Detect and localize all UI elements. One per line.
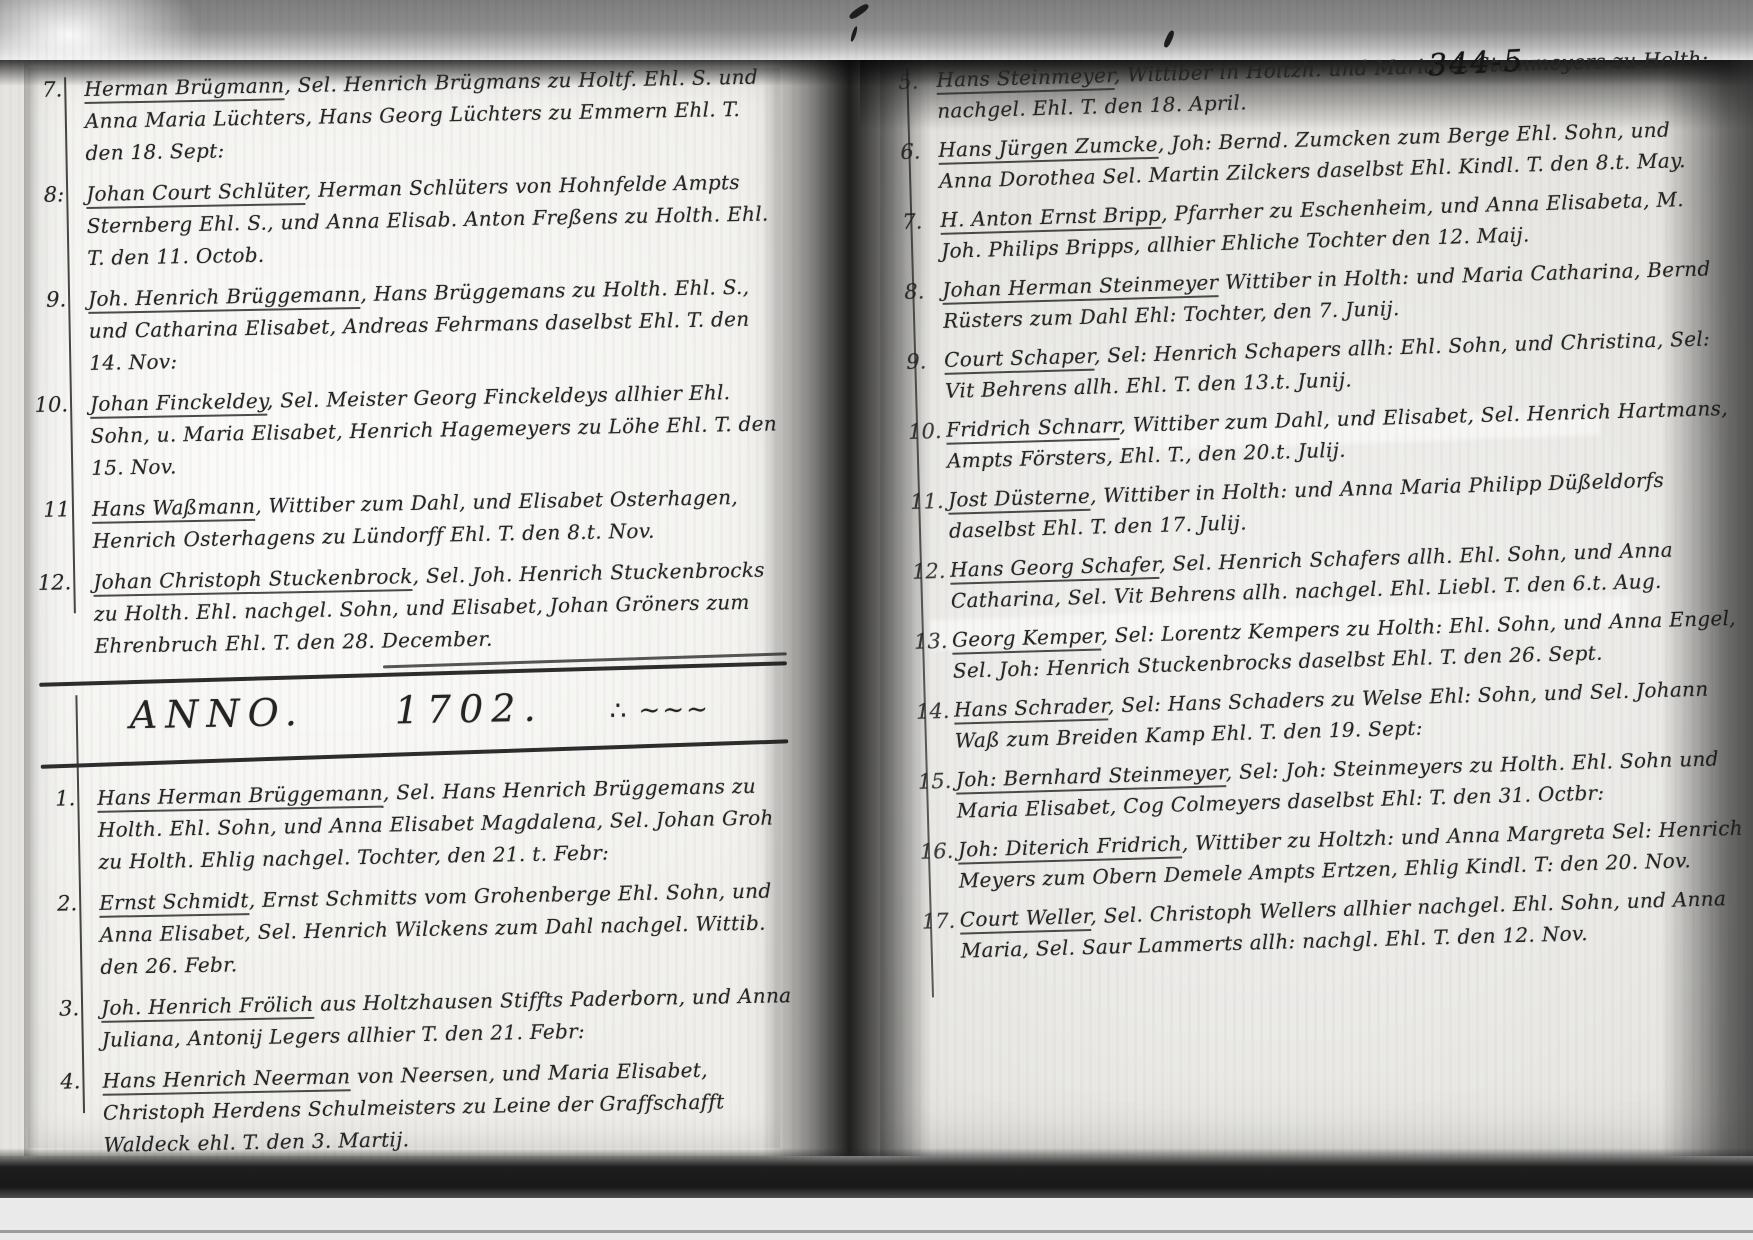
register-entry: 9.Court Schaper, Sel: Henrich Schapers a…	[906, 323, 1735, 408]
register-entry: 8.Johan Herman Steinmeyer Wittiber in Ho…	[904, 253, 1733, 338]
groom-name: Ernst Schmidt	[99, 888, 249, 918]
register-entry: 10.Fridrich Schnarr, Wittiber zum Dahl, …	[908, 393, 1737, 478]
left-edge-streak	[24, 60, 38, 1156]
groom-name: Joh: Bernhard Steinmeyer	[956, 760, 1227, 795]
register-entry: 9.Joh. Henrich Brüggemann, Hans Brüggema…	[32, 270, 782, 380]
entry-text: Hans Jürgen Zumcke, Joh: Bernd. Zumcken …	[926, 113, 1729, 197]
scanner-bottom-line	[0, 1230, 1753, 1233]
entry-text: Johan Herman Steinmeyer Wittiber in Holt…	[930, 253, 1733, 337]
heading-rule	[41, 739, 789, 768]
register-entry: 12.Johan Christoph Stuckenbrock, Sel. Jo…	[37, 553, 787, 663]
register-entry: 13.Georg Kemper, Sel: Lorentz Kempers zu…	[914, 603, 1743, 688]
register-entry: 11.Jost Düsterne, Wittiber in Holth: und…	[910, 463, 1739, 548]
register-entry: 15.Joh: Bernhard Steinmeyer, Sel: Joh: S…	[918, 743, 1747, 828]
groom-name: H. Anton Ernst Bripp	[940, 202, 1161, 235]
groom-name: Joh: Diterich Fridrich	[958, 831, 1183, 864]
entries-right-page: 5.Hans Steinmeyer, Wittiber in Holtzh. u…	[898, 43, 1751, 968]
groom-name: Johan Christoph Stuckenbrock	[93, 564, 413, 597]
register-entry: 1.Hans Herman Brüggemann, Sel. Hans Henr…	[41, 769, 791, 879]
entries-1702: 1.Hans Herman Brüggemann, Sel. Hans Henr…	[41, 769, 796, 1162]
groom-name: Joh. Henrich Brüggemann	[88, 282, 361, 314]
groom-name: Hans Steinmeyer	[936, 63, 1114, 95]
register-entry: 10.Johan Finckeldey, Sel. Meister Georg …	[34, 375, 784, 485]
entry-text: Hans Herman Brüggemann, Sel. Hans Henric…	[85, 769, 791, 878]
entry-text: Johan Christoph Stuckenbrock, Sel. Joh. …	[81, 553, 787, 662]
groom-name: Johan Herman Steinmeyer	[942, 270, 1219, 305]
entry-text: Court Weller, Sel. Christoph Wellers all…	[947, 883, 1750, 967]
register-entry: 16.Joh: Diterich Fridrich, Wittiber zu H…	[919, 813, 1748, 898]
groom-name: Fridrich Schnarr	[946, 413, 1120, 445]
register-scan: 7.Herman Brügmann, Sel. Henrich Brügmans…	[0, 0, 1753, 1240]
year-heading-word: ANNO.	[129, 690, 305, 737]
entry-text: Hans Waßmann, Wittiber zum Dahl, und Eli…	[80, 480, 785, 557]
register-entry: 12.Hans Georg Schafer, Sel. Henrich Scha…	[912, 533, 1741, 618]
groom-name: Jost Düsterne	[948, 484, 1091, 515]
entry-text: Hans Georg Schafer, Sel. Henrich Schafer…	[938, 533, 1741, 617]
year-heading-value: 1702.	[394, 686, 544, 733]
groom-name: Herman Brügmann	[84, 73, 285, 104]
entries-1701: 7.Herman Brügmann, Sel. Henrich Brügmans…	[28, 60, 787, 663]
flourish-mark: ∴ ∼∼∼	[609, 695, 710, 727]
year-heading-block: ANNO. 1702. ∴ ∼∼∼	[39, 659, 789, 769]
register-entry: 2.Ernst Schmidt, Ernst Schmitts vom Groh…	[43, 874, 793, 984]
groom-name: Court Weller	[960, 904, 1091, 935]
groom-name: Hans Herman Brüggemann	[97, 781, 383, 813]
entry-number: 12.	[37, 566, 83, 663]
register-entry: 14.Hans Schrader, Sel: Hans Schaders zu …	[916, 673, 1745, 758]
year-heading: ANNO. 1702. ∴ ∼∼∼	[129, 683, 710, 738]
groom-name: Hans Jürgen Zumcke	[938, 132, 1158, 165]
entry-text: Johan Court Schlüter, Herman Schlüters v…	[74, 165, 780, 274]
scanner-bottom-band	[0, 1198, 1753, 1240]
register-entry: 4.Hans Henrich Neerman von Neersen, und …	[46, 1052, 796, 1162]
entry-text: Fridrich Schnarr, Wittiber zum Dahl, und…	[934, 393, 1737, 477]
groom-name: Hans Georg Schafer	[950, 552, 1160, 585]
entry-text: Ernst Schmidt, Ernst Schmitts vom Grohen…	[87, 874, 793, 983]
entry-text: Jost Düsterne, Wittiber in Holth: und An…	[936, 463, 1739, 547]
entry-text: Hans Henrich Neerman von Neersen, und Ma…	[90, 1052, 796, 1161]
entry-text: Joh. Henrich Brüggemann, Hans Brüggemans…	[76, 270, 782, 379]
page-number: 344-5	[1427, 43, 1525, 83]
groom-name: Joh. Henrich Frölich	[101, 992, 314, 1023]
entry-text: Joh. Henrich Frölich aus Holtzhausen Sti…	[89, 979, 794, 1056]
left-page-content: 7.Herman Brügmann, Sel. Henrich Brügmans…	[28, 60, 796, 1171]
right-edge-shadow	[1660, 60, 1753, 1156]
book-bottom-edge	[0, 1148, 1753, 1198]
book-gutter-shadow	[762, 60, 930, 1156]
register-entry: 17.Court Weller, Sel. Christoph Wellers …	[921, 883, 1750, 968]
register-entry: 7.Herman Brügmann, Sel. Henrich Brügmans…	[28, 60, 778, 170]
groom-name: Hans Waßmann	[92, 494, 256, 524]
groom-name: Johan Finckeldey	[90, 389, 267, 419]
entry-text: Court Schaper, Sel: Henrich Schapers all…	[932, 323, 1735, 407]
entry-text: Georg Kemper, Sel: Lorentz Kempers zu Ho…	[940, 603, 1743, 687]
entry-text: Johan Finckeldey, Sel. Meister Georg Fin…	[78, 375, 784, 484]
register-entry: 8:Johan Court Schlüter, Herman Schlüters…	[30, 165, 780, 275]
groom-name: Court Schaper	[944, 344, 1094, 375]
groom-name: Georg Kemper	[952, 624, 1102, 655]
groom-name: Johan Court Schlüter	[86, 178, 305, 209]
entry-text: H. Anton Ernst Bripp, Pfarrher zu Eschen…	[928, 183, 1731, 267]
entry-text: Herman Brügmann, Sel. Henrich Brügmans z…	[72, 60, 778, 169]
entry-text: Joh: Diterich Fridrich, Wittiber zu Holt…	[945, 813, 1748, 897]
entry-text: Hans Schrader, Sel: Hans Schaders zu Wel…	[942, 673, 1745, 757]
register-entry: 7.H. Anton Ernst Bripp, Pfarrher zu Esch…	[902, 183, 1731, 268]
groom-name: Hans Schrader	[954, 693, 1109, 724]
register-entry: 11Hans Waßmann, Wittiber zum Dahl, und E…	[36, 480, 785, 558]
right-page-content: 5.Hans Steinmeyer, Wittiber in Holtzh. u…	[898, 43, 1751, 976]
register-entry: 3.Joh. Henrich Frölich aus Holtzhausen S…	[45, 979, 794, 1057]
register-entry: 6.Hans Jürgen Zumcke, Joh: Bernd. Zumcke…	[900, 113, 1729, 198]
groom-name: Hans Henrich Neerman	[102, 1064, 350, 1096]
entry-text: Joh: Bernhard Steinmeyer, Sel: Joh: Stei…	[944, 743, 1747, 827]
